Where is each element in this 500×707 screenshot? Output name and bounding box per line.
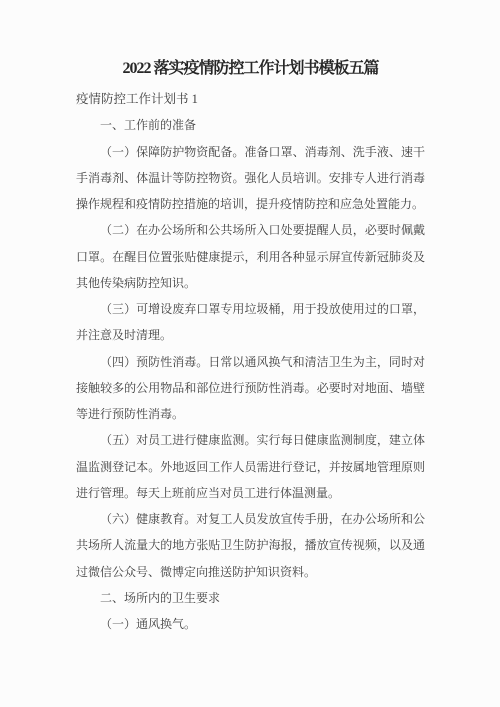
body-paragraph: （三）可增设废弃口罩专用垃圾桶，用于投放使用过的口罩，并注意及时清理。 (76, 296, 425, 349)
document-title: 2022 落实疫情防控工作计划书模板五篇 (76, 56, 425, 82)
body-paragraph: （一）保障防护物资配备。准备口罩、消毒剂、洗手液、速干手消毒剂、体温计等防控物资… (76, 139, 425, 218)
section-heading: 一、工作前的准备 (76, 112, 425, 138)
document-subtitle: 疫情防控工作计划书 1 (76, 86, 425, 112)
body-paragraph: （二）在办公场所和公共场所入口处要提醒人员，必要时佩戴口罩。在醒目位置张贴健康提… (76, 217, 425, 296)
document-page: 2022 落实疫情防控工作计划书模板五篇 疫情防控工作计划书 1 一、工作前的准… (0, 0, 500, 707)
body-paragraph: （四）预防性消毒。日常以通风换气和清洁卫生为主，同时对接触较多的公用物品和部位进… (76, 349, 425, 428)
body-paragraph: （五）对员工进行健康监测。实行每日健康监测制度，建立体温监测登记本。外地返回工作… (76, 427, 425, 506)
document-body: 一、工作前的准备（一）保障防护物资配备。准备口罩、消毒剂、洗手液、速干手消毒剂、… (76, 112, 425, 637)
section-heading: 二、场所内的卫生要求 (76, 585, 425, 611)
body-paragraph: （六）健康教育。对复工人员发放宣传手册，在办公场所和公共场所人流量大的地方张贴卫… (76, 506, 425, 585)
body-paragraph: （一）通风换气。 (76, 611, 425, 637)
